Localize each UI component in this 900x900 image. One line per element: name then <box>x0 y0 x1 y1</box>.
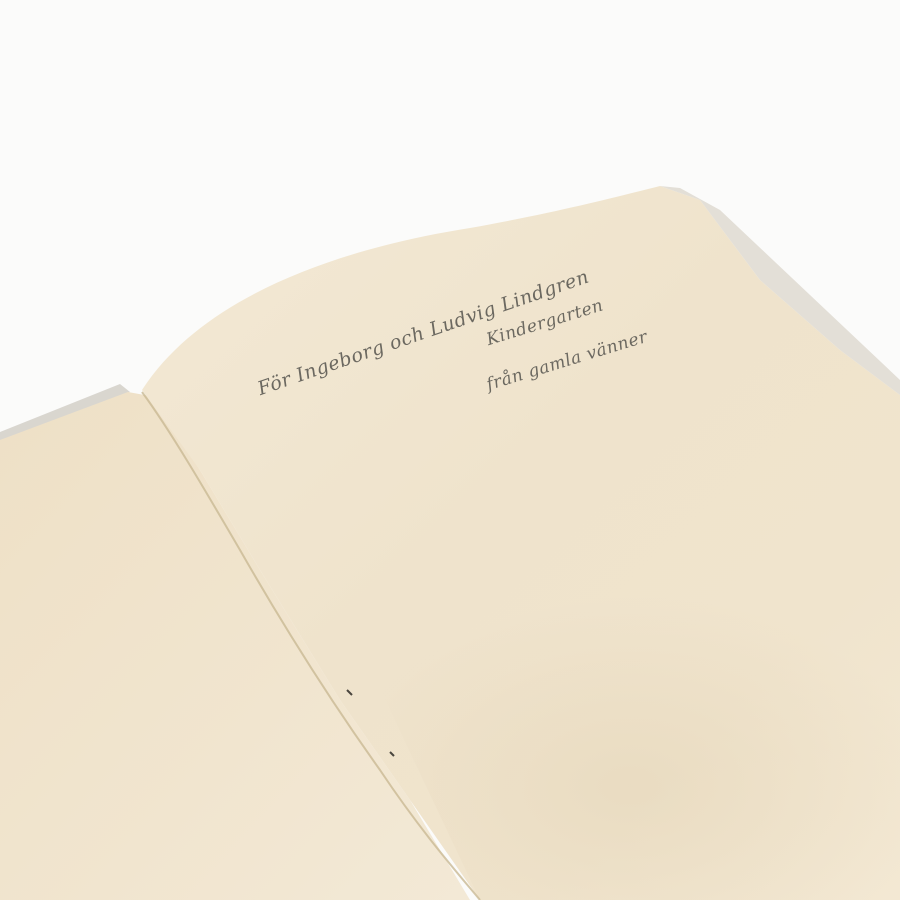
photo-scene: För Ingeborg och Ludvig Lindgren Kinderg… <box>0 0 900 900</box>
open-book <box>0 0 900 900</box>
